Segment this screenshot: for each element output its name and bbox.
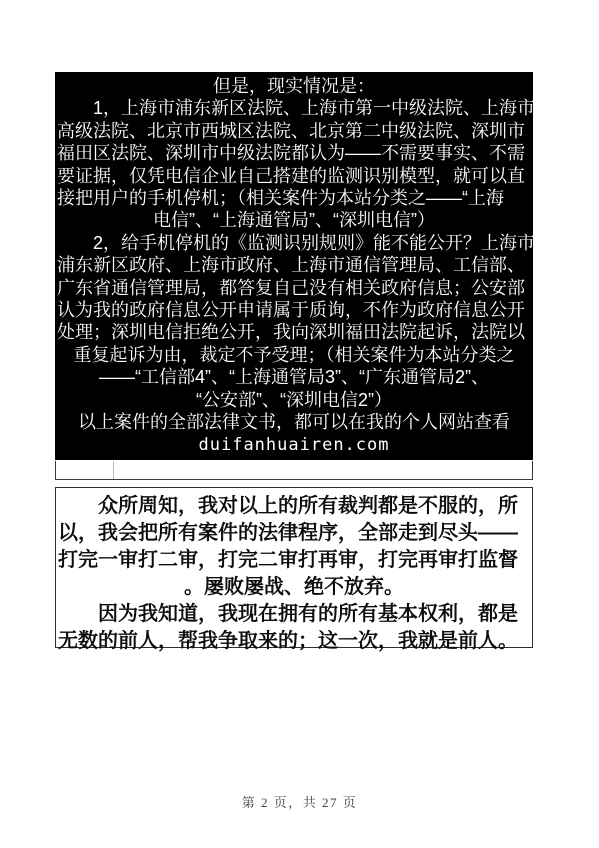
notice-line: 但是，现实情况是： (55, 75, 533, 97)
empty-cell-right (114, 461, 532, 479)
notice-line: 1，上海市浦东新区法院、上海市第一中级法院、上海市 (55, 97, 533, 119)
notice-line: 福田区法院、深圳市中级法院都认为——不需要事实、不需 (55, 142, 533, 164)
notice-line: 电信”、“上海通管局”、“深圳电信”） (55, 209, 533, 231)
notice-line: 浦东新区政府、上海市政府、上海市通信管理局、工信部、 (55, 254, 533, 276)
statement-line: 无数的前人，帮我争取来的；这一次，我就是前人。 (56, 628, 532, 655)
website-url-text: duifanhuairen.com (55, 434, 533, 456)
notice-line: 接把用户的手机停机；（相关案件为本站分类之——“上海 (55, 187, 533, 209)
notice-line: 2，给手机停机的《监测识别规则》能不能公开？上海市 (55, 232, 533, 254)
empty-cell-left (56, 461, 114, 479)
empty-table-row (55, 461, 533, 480)
page-number: 第 2 页，共 27 页 (0, 792, 599, 811)
statement-line: 众所周知，我对以上的所有裁判都是不服的，所 (56, 493, 532, 520)
statement-line: 。屡败屡战、绝不放弃。 (56, 574, 532, 601)
notice-line: 认为我的政府信息公开申请属于质询，不作为政府信息公开 (55, 299, 533, 321)
notice-line: 广东省通信管理局，都答复自己没有相关政府信息；公安部 (55, 277, 533, 299)
notice-block: 但是，现实情况是： 1，上海市浦东新区法院、上海市第一中级法院、上海市 高级法院… (55, 72, 533, 460)
statement-line: 以，我会把所有案件的法律程序，全部走到尽头—— (56, 520, 532, 547)
notice-line: 以上案件的全部法律文书，都可以在我的个人网站查看 (55, 411, 533, 433)
document-page: 但是，现实情况是： 1，上海市浦东新区法院、上海市第一中级法院、上海市 高级法院… (0, 0, 599, 848)
notice-line: ——“工信部4”、“上海通管局3”、“广东通管局2”、 (55, 366, 533, 388)
notice-line: 重复起诉为由，裁定不予受理；（相关案件为本站分类之 (55, 344, 533, 366)
notice-line: 高级法院、北京市西城区法院、北京第二中级法院、深圳市 (55, 120, 533, 142)
notice-line: “公安部”、“深圳电信2”） (55, 389, 533, 411)
statement-box: 众所周知，我对以上的所有裁判都是不服的，所 以，我会把所有案件的法律程序，全部走… (55, 487, 533, 648)
notice-line: 处理；深圳电信拒绝公开，我向深圳福田法院起诉，法院以 (55, 321, 533, 343)
notice-line: 要证据，仅凭电信企业自己搭建的监测识别模型，就可以直 (55, 165, 533, 187)
statement-line: 因为我知道，我现在拥有的所有基本权利，都是 (56, 601, 532, 628)
statement-line: 打完一审打二审，打完二审打再审，打完再审打监督 (56, 547, 532, 574)
